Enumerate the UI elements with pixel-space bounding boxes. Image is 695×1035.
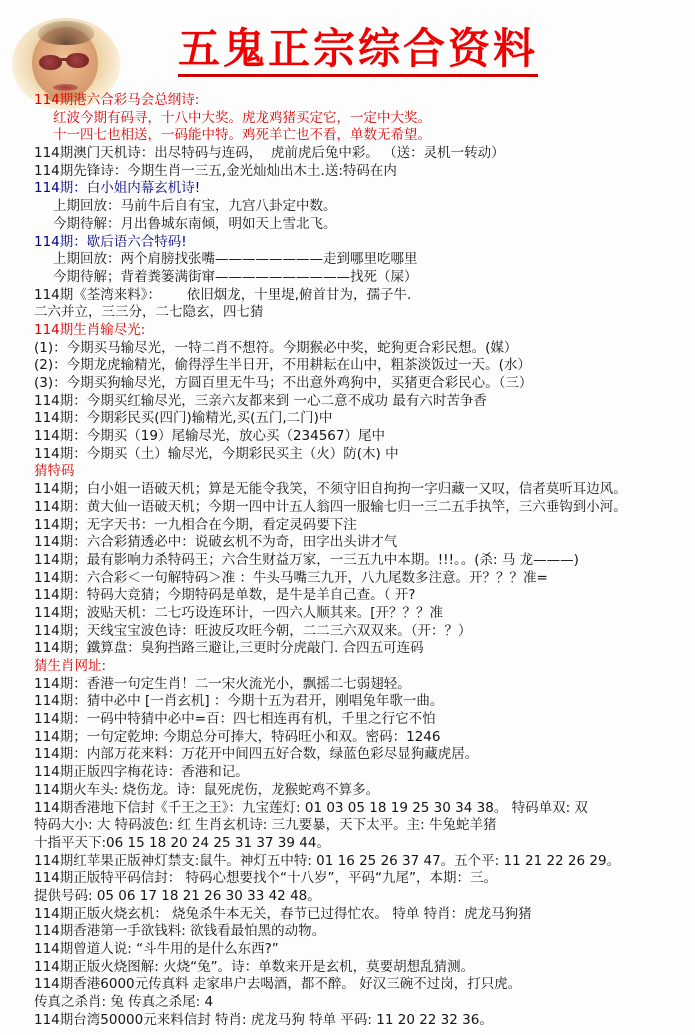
content-lines: 114期港六合彩马会总纲诗:红波今期有码寻，十八中大奖。虎龙鸡猪买定它，一定中大… [0,90,695,1029]
text-line: 114期：香港一句定生肖！二一宋火流光小，飘摇二七弱翅轻。 [34,676,695,694]
text-line: 特码大小: 大 特码波色: 红 生肖玄机诗: 三九要暴，天下太平。主: 牛兔蛇羊… [34,817,695,835]
text-line: 114期；天线宝宝波色诗：旺波反攻旺今朝，二二三六双双来。（开：？） [34,623,695,641]
text-line: 114期港六合彩马会总纲诗: [34,92,695,110]
text-line: 114期；白小姐一语破天机；算是无能令我笑，不须守旧自拘拘一字归藏一又叹，信者莫… [34,481,695,499]
text-line: 114期：六合彩＜一句解特码＞准 ：牛头马嘴三九开，八九尾数多注意。开？？？准= [34,570,695,588]
text-line: 上期回放：马前牛后自有宝，九宫八卦定中数。 [34,198,695,216]
text-line: 上期回放：两个肩膀找张嘴————————走到哪里吃哪里 [34,251,695,269]
page-title: 五鬼正宗综合资料 [178,26,538,77]
text-line: 114期香港地下信封《千王之王》：九宝莲灯: 01 03 05 18 19 25… [34,800,695,818]
text-line: 114期正版火烧玄机： 烧兔杀牛本无关，春节已过得忙农。 特单 特肖：虎龙马狗猪 [34,906,695,924]
text-line: 114期；鐵算盘：臭狗挡路三避让,三更时分虎敲门. 合四五可连码 [34,640,695,658]
text-line: 猜特码 [34,463,695,481]
text-line: 114期台湾50000元来料信封 特肖: 虎龙马狗 特单 平码: 11 20 2… [34,1012,695,1030]
text-line: 114期正版特平码信封： 特码心想要找个“十八岁”，平码“九尾”，本期：三。 [34,870,695,888]
text-line: 114期：今期买（土）输尽光，今期彩民买主（火）防(木) 中 [34,446,695,464]
text-line: 猜生肖网址: [34,658,695,676]
text-line: 114期：六合彩猜透必中：说破玄机不为奇，田字出头讲才气 [34,534,695,552]
text-line: (2)：今期龙虎输精光，偷得浮生半日开，不用耕耘在山中，粗茶淡饭过一天。(水） [34,357,695,375]
sunglasses-right-lens-icon [66,53,89,68]
text-line: 114期：今期彩民买(四门)输精光,买(五门,二门)中 [34,410,695,428]
text-line: 114期：黄大仙一语破天机；今期一四中计五人翁四一服输七归一三二五手执竿，三六垂… [34,499,695,517]
text-line: 传真之杀肖: 兔 传真之杀尾: 4 [34,994,695,1012]
text-line: 114期生肖输尽光: [34,322,695,340]
text-line: 114期；无字天书：一九相合在今期，看定灵码要下注 [34,517,695,535]
text-line: 114期香港6000元传真料 走家串户去喝酒，都不醉。 好汉三碗不过岗，打只虎。 [34,976,695,994]
text-line: 114期香港第一手欲钱料: 欲钱看最怕黑的动物。 [34,923,695,941]
text-line: 114期火车头: 烧伤龙。诗：鼠死虎伤，龙猴蛇鸡不算多。 [34,782,695,800]
text-line: 114期：白小姐内幕玄机诗! [34,180,695,198]
text-line: 今期待解；背着粪篓满街窜——————————找死（屎） [34,269,695,287]
text-line: 114期正版四字梅花诗：香港和记。 [34,764,695,782]
text-line: 114期正版火烧图解: 火烧“兔”。诗：单数来开是玄机，莫要胡想乱猜测。 [34,959,695,977]
text-line: 114期；波贴天机：二七巧设连环计，一四六人顺其来。[开？？？准 [34,605,695,623]
text-line: 114期先锋诗：今期生肖一三五,金光灿灿出木土.送:特码在内 [34,163,695,181]
text-line: 114期曾道人说: “斗牛用的是什么东西?” [34,941,695,959]
text-line: 今期待解：月出鲁城东南倾，明如天上雪北飞。 [34,216,695,234]
text-line: 114期：歇后语六合特码! [34,234,695,252]
text-line: 114期：内部万花来料：万花开中间四五好合数，绿蓝色彩尽显狗藏虎居。 [34,746,695,764]
text-line: 114期：特码大竞猜；今期特码是单数，是牛是羊自己查。（ 开? [34,587,695,605]
text-line: 114期：一码中特猜中必中=百：四七相连再有机，千里之行它不怕 [34,711,695,729]
text-line: 114期《荃湾来料》： 依旧烟龙，十里堤,俯首甘为，孺子牛. [34,287,695,305]
text-line: (1)：今期买马输尽光，一特二肖不想符。今期猴必中奖，蛇狗更合彩民想。(媒） [34,340,695,358]
text-line: (3)：今期买狗输尽光，方圆百里无牛马；不出意外鸡狗中，买猪更合彩民心。（三） [34,375,695,393]
text-line: 十指平天下:06 15 18 20 24 25 31 37 39 44。 [34,835,695,853]
page: 五鬼正宗综合资料 114期港六合彩马会总纲诗:红波今期有码寻，十八中大奖。虎龙鸡… [0,0,695,1035]
text-line: 十一四七也相送，一码能中特。鸡死羊亡也不看，单数无希望。 [34,127,695,145]
text-line: 二六并立，三三分，二七隐玄，四七猜 [34,304,695,322]
header: 五鬼正宗综合资料 [0,0,695,90]
text-line: 提供号码: 05 06 17 18 21 26 30 33 42 48。 [34,888,695,906]
text-line: 114期；最有影响力杀特码王；六合生财益万家，一三五九中本期。!!!。。(杀: … [34,552,695,570]
text-line: 114期：今期买红输尽光，三亲六友都来到 一心二意不成功 最有六时苦争香 [34,393,695,411]
sunglasses-bridge-icon [59,58,69,61]
text-line: 114期；一句定乾坤: 今期总分可捧大，特码旺小和双。密码：1246 [34,729,695,747]
text-line: 114期：猜中必中 [一肖玄机] ：今期十五为君开，刚唱兔年歌一曲。 [34,693,695,711]
sunglasses-left-lens-icon [39,55,62,70]
text-line: 114期澳门天机诗：出尽特码与连码， 虎前虎后兔中彩。 （送：灵机一转动） [34,145,695,163]
text-line: 114期：今期买（19）尾输尽光，放心买（234567）尾中 [34,428,695,446]
text-line: 红波今期有码寻，十八中大奖。虎龙鸡猪买定它，一定中大奖。 [34,110,695,128]
text-line: 114期红苹果正版神灯禁支:鼠牛。神灯五中特: 01 16 25 26 37 4… [34,853,695,871]
avatar-hair [38,21,94,45]
